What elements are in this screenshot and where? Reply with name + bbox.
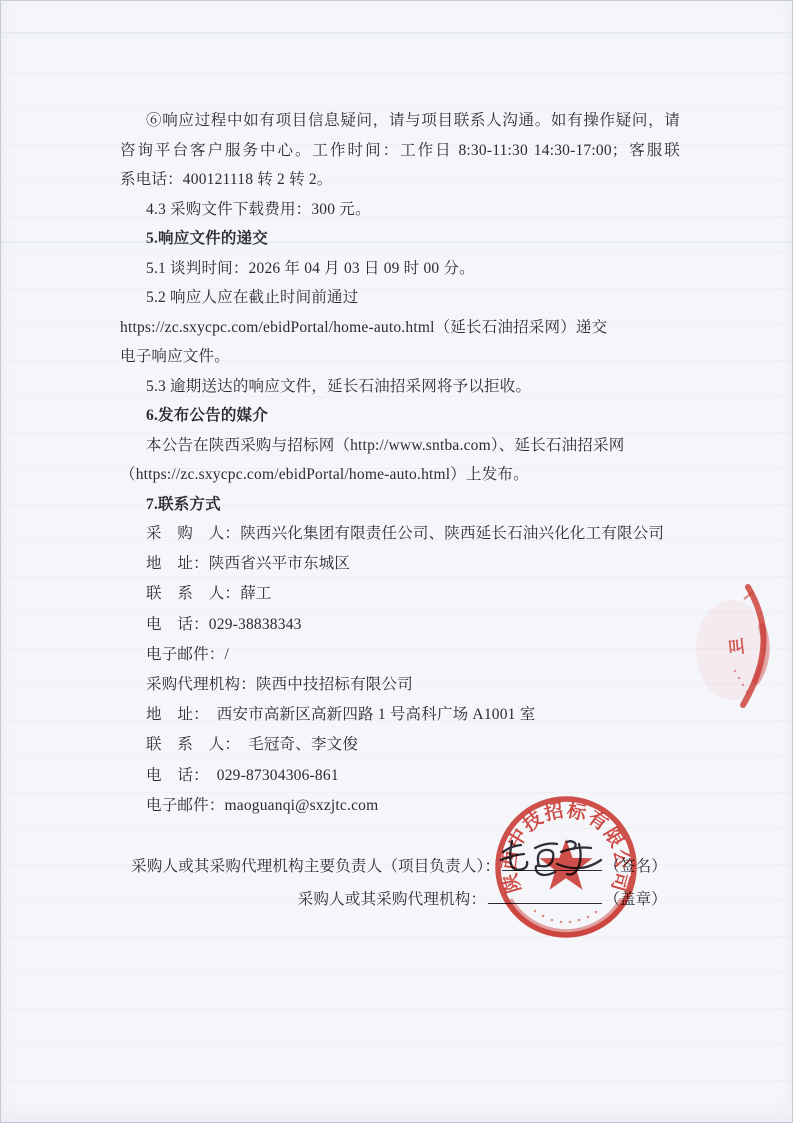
submission-url: https://zc.sxycpc.com/ebidPortal/home-au… — [120, 313, 680, 343]
section-heading-contact: 7.联系方式 — [120, 490, 680, 520]
paragraph-line: 5.1 谈判时间：2026 年 04 月 03 日 09 时 00 分。 — [120, 254, 680, 284]
agency-name-line: 采购代理机构：陕西中技招标有限公司 — [120, 670, 680, 700]
agency-address-line: 地 址： 西安市高新区高新四路 1 号高科广场 A1001 室 — [120, 700, 680, 730]
seal-mark — [744, 592, 753, 599]
scanned-document-page: ⑥响应过程中如有项目信息疑问，请与项目联系人沟通。如有操作疑问，请 咨询平台客户… — [0, 0, 793, 1123]
agency-stamp-line: 采购人或其采购代理机构：（盖章） — [120, 883, 667, 916]
leader-signature-label: 采购人或其采购代理机构主要负责人（项目负责人）： — [131, 858, 500, 875]
signature-strokes — [501, 841, 601, 875]
paragraph-line: 咨询平台客户服务中心。工作时间：工作日 8:30-11:30 14:30-17:… — [120, 136, 680, 166]
agency-contact-line: 联 系 人： 毛冠奇、李文俊 — [120, 730, 680, 760]
seal-fragment-dots — [734, 670, 748, 693]
contact-info-block: 采 购 人：陕西兴化集团有限责任公司、陕西延长石油兴化化工有限公司 地 址：陕西… — [120, 519, 680, 821]
section-heading-submission: 5.响应文件的递交 — [120, 224, 680, 254]
document-body: ⑥响应过程中如有项目信息疑问，请与项目联系人沟通。如有操作疑问，请 咨询平台客户… — [120, 106, 680, 916]
handwritten-signature — [497, 836, 607, 884]
paragraph-line: 4.3 采购文件下载费用：300 元。 — [120, 195, 680, 225]
paragraph-line: 5.3 逾期送达的响应文件，延长石油招采网将予以拒收。 — [120, 372, 680, 402]
buyer-name-line: 采 购 人：陕西兴化集团有限责任公司、陕西延长石油兴化化工有限公司 — [120, 519, 680, 549]
seal-arc-blotch — [756, 627, 766, 681]
section-heading-media: 6.发布公告的媒介 — [120, 401, 680, 431]
paragraph-line: 系电话：400121118 转 2 转 2。 — [120, 165, 680, 195]
paragraph-line: 5.2 响应人应在截止时间前通过 — [120, 283, 680, 313]
stamp-hint: （盖章） — [604, 891, 667, 908]
stamp-blank — [488, 889, 602, 904]
buyer-address-line: 地 址：陕西省兴平市东城区 — [120, 549, 680, 579]
seal-fragment-glyph: 叫 — [727, 636, 746, 658]
announcement-url: （https://zc.sxycpc.com/ebidPortal/home-a… — [120, 460, 680, 490]
paragraph-line: 电子响应文件。 — [120, 342, 680, 372]
agency-email-line: 电子邮件：maoguanqi@sxzjtc.com — [120, 791, 680, 821]
paragraph-line: ⑥响应过程中如有项目信息疑问，请与项目联系人沟通。如有操作疑问，请 — [120, 106, 680, 136]
agency-phone-line: 电 话： 029-87304306-861 — [120, 761, 680, 791]
seal-smudge — [696, 600, 768, 700]
agency-stamp-label: 采购人或其采购代理机构： — [298, 891, 486, 908]
buyer-email-line: 电子邮件：/ — [120, 640, 680, 670]
buyer-contact-line: 联 系 人：薛工 — [120, 579, 680, 609]
seal-arc — [743, 587, 764, 705]
sign-hint: （签名） — [604, 858, 667, 875]
edge-seal-fragment: 叫 — [690, 565, 793, 720]
paragraph-line: 本公告在陕西采购与招标网（http://www.sntba.com）、延长石油招… — [120, 431, 680, 461]
buyer-phone-line: 电 话：029-38838343 — [120, 610, 680, 640]
